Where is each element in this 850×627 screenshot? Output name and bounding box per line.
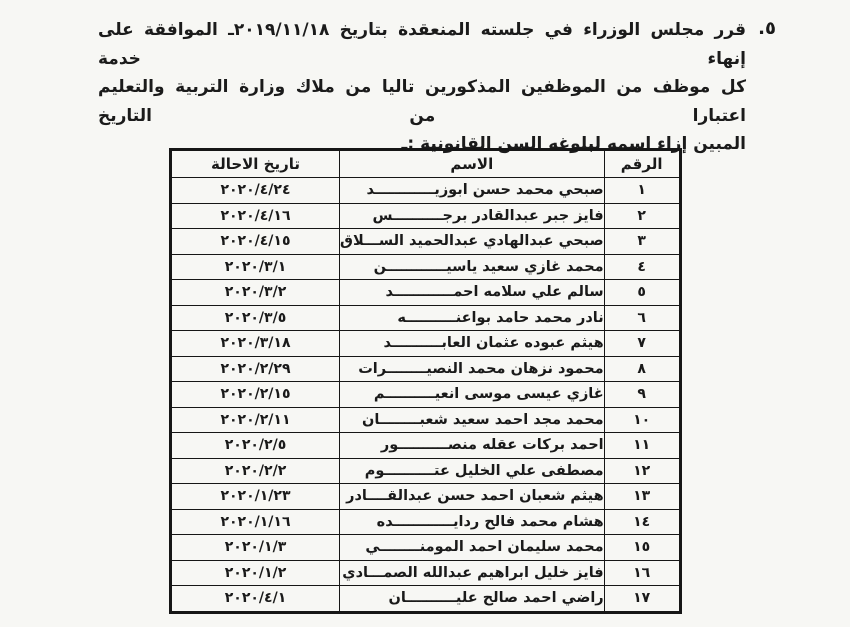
employee-name-cell: سالم علي سلامه احمــــــــــــد xyxy=(340,280,605,306)
table-row: ١٣ هيثم شعبان احمد حسن عبدالقــــادر ٢٠٢… xyxy=(171,484,681,510)
row-number-cell: ١٣ xyxy=(604,484,680,510)
column-header-name: الاسم xyxy=(340,150,605,178)
decision-paragraph: ٥. قرر مجلس الوزراء في جلسته المنعقدة بت… xyxy=(98,16,776,159)
referral-date-cell: ٢٠٢٠/٤/١٥ xyxy=(171,229,340,255)
referral-date-cell: ٢٠٢٠/٢/٥ xyxy=(171,433,340,459)
row-number-cell: ١٢ xyxy=(604,458,680,484)
row-number-cell: ٢ xyxy=(604,203,680,229)
table-row: ٣ صبحي عبدالهادي عبدالحميد الســـلاق ٢٠٢… xyxy=(171,229,681,255)
employee-name-cell: نادر محمد حامد بواعنــــــــــه xyxy=(340,305,605,331)
employee-name-cell: هيثم شعبان احمد حسن عبدالقــــادر xyxy=(340,484,605,510)
employee-name-cell: مصطفى علي الخليل عتــــــــــوم xyxy=(340,458,605,484)
employees-table: الرقم الاسم تاريخ الاحالة ١ صبحي محمد حس… xyxy=(169,148,682,614)
employee-name-cell: محمود نزهان محمد النصيــــــــرات xyxy=(340,356,605,382)
table-row: ١٤ هشام محمد فالح ردايــــــــــــده ٢٠٢… xyxy=(171,509,681,535)
referral-date-cell: ٢٠٢٠/٤/١ xyxy=(171,586,340,613)
row-number-cell: ٧ xyxy=(604,331,680,357)
table-row: ١٢ مصطفى علي الخليل عتــــــــــوم ٢٠٢٠/… xyxy=(171,458,681,484)
referral-date-cell: ٢٠٢٠/٢/١٥ xyxy=(171,382,340,408)
referral-date-cell: ٢٠٢٠/٣/٢ xyxy=(171,280,340,306)
employee-name-cell: محمد مجد احمد سعيد شعبــــــــان xyxy=(340,407,605,433)
employee-name-cell: غازي عيسى موسى انعيــــــــــم xyxy=(340,382,605,408)
row-number-cell: ١٦ xyxy=(604,560,680,586)
referral-date-cell: ٢٠٢٠/٤/٢٤ xyxy=(171,178,340,204)
referral-date-cell: ٢٠٢٠/٢/١١ xyxy=(171,407,340,433)
column-header-referral-date: تاريخ الاحالة xyxy=(171,150,340,178)
referral-date-cell: ٢٠٢٠/٤/١٦ xyxy=(171,203,340,229)
row-number-cell: ١٤ xyxy=(604,509,680,535)
row-number-cell: ٥ xyxy=(604,280,680,306)
table-row: ١٦ فايز خليل ابراهيم عبدالله الصمـــادي … xyxy=(171,560,681,586)
table-row: ٩ غازي عيسى موسى انعيــــــــــم ٢٠٢٠/٢/… xyxy=(171,382,681,408)
row-number-cell: ١١ xyxy=(604,433,680,459)
employee-name-cell: راضي احمد صالح عليــــــــــان xyxy=(340,586,605,613)
table-row: ٨ محمود نزهان محمد النصيــــــــرات ٢٠٢٠… xyxy=(171,356,681,382)
referral-date-cell: ٢٠٢٠/٢/٢ xyxy=(171,458,340,484)
row-number-cell: ١ xyxy=(604,178,680,204)
row-number-cell: ٣ xyxy=(604,229,680,255)
referral-date-cell: ٢٠٢٠/٣/١٨ xyxy=(171,331,340,357)
table-row: ١٧ راضي احمد صالح عليــــــــــان ٢٠٢٠/٤… xyxy=(171,586,681,613)
referral-date-cell: ٢٠٢٠/١/٢٣ xyxy=(171,484,340,510)
referral-date-cell: ٢٠٢٠/٣/١ xyxy=(171,254,340,280)
row-number-cell: ٦ xyxy=(604,305,680,331)
row-number-cell: ١٠ xyxy=(604,407,680,433)
employee-name-cell: فايز جبر عبدالقادر برجــــــــــس xyxy=(340,203,605,229)
row-number-cell: ٤ xyxy=(604,254,680,280)
row-number-cell: ١٥ xyxy=(604,535,680,561)
decision-line-2: كل موظف من الموظفين المذكورين تاليا من م… xyxy=(98,73,746,130)
table-header-row: الرقم الاسم تاريخ الاحالة xyxy=(171,150,681,178)
employee-name-cell: صبحي محمد حسن ابوزيــــــــــــد xyxy=(340,178,605,204)
table-row: ٦ نادر محمد حامد بواعنــــــــــه ٢٠٢٠/٣… xyxy=(171,305,681,331)
table-row: ١٥ محمد سليمان احمد المومنــــــــي ٢٠٢٠… xyxy=(171,535,681,561)
referral-date-cell: ٢٠٢٠/٢/٢٩ xyxy=(171,356,340,382)
row-number-cell: ١٧ xyxy=(604,586,680,613)
employee-name-cell: فايز خليل ابراهيم عبدالله الصمـــادي xyxy=(340,560,605,586)
table-row: ٢ فايز جبر عبدالقادر برجــــــــــس ٢٠٢٠… xyxy=(171,203,681,229)
referral-date-cell: ٢٠٢٠/٣/٥ xyxy=(171,305,340,331)
table-row: ١٠ محمد مجد احمد سعيد شعبــــــــان ٢٠٢٠… xyxy=(171,407,681,433)
row-number-cell: ٩ xyxy=(604,382,680,408)
employee-name-cell: هشام محمد فالح ردايــــــــــــده xyxy=(340,509,605,535)
column-header-number: الرقم xyxy=(604,150,680,178)
decision-item-number: ٥. xyxy=(746,16,776,159)
employee-name-cell: صبحي عبدالهادي عبدالحميد الســـلاق xyxy=(340,229,605,255)
referral-date-cell: ٢٠٢٠/١/٢ xyxy=(171,560,340,586)
decision-line-1: قرر مجلس الوزراء في جلسته المنعقدة بتاري… xyxy=(98,16,746,73)
employee-name-cell: محمد سليمان احمد المومنــــــــي xyxy=(340,535,605,561)
referral-date-cell: ٢٠٢٠/١/١٦ xyxy=(171,509,340,535)
table-row: ٧ هيثم عبوده عثمان العابــــــــــد ٢٠٢٠… xyxy=(171,331,681,357)
table-row: ١ صبحي محمد حسن ابوزيــــــــــــد ٢٠٢٠/… xyxy=(171,178,681,204)
table-row: ٤ محمد غازي سعيد ياسيــــــــــــن ٢٠٢٠/… xyxy=(171,254,681,280)
referral-date-cell: ٢٠٢٠/١/٣ xyxy=(171,535,340,561)
table-row: ١١ احمد بركات عقله منصــــــــــور ٢٠٢٠/… xyxy=(171,433,681,459)
row-number-cell: ٨ xyxy=(604,356,680,382)
scanned-document-page: ٥. قرر مجلس الوزراء في جلسته المنعقدة بت… xyxy=(0,0,850,627)
employee-name-cell: محمد غازي سعيد ياسيــــــــــــن xyxy=(340,254,605,280)
employee-name-cell: احمد بركات عقله منصــــــــــور xyxy=(340,433,605,459)
decision-text-block: قرر مجلس الوزراء في جلسته المنعقدة بتاري… xyxy=(98,16,746,159)
employee-name-cell: هيثم عبوده عثمان العابــــــــــد xyxy=(340,331,605,357)
table-row: ٥ سالم علي سلامه احمــــــــــــد ٢٠٢٠/٣… xyxy=(171,280,681,306)
